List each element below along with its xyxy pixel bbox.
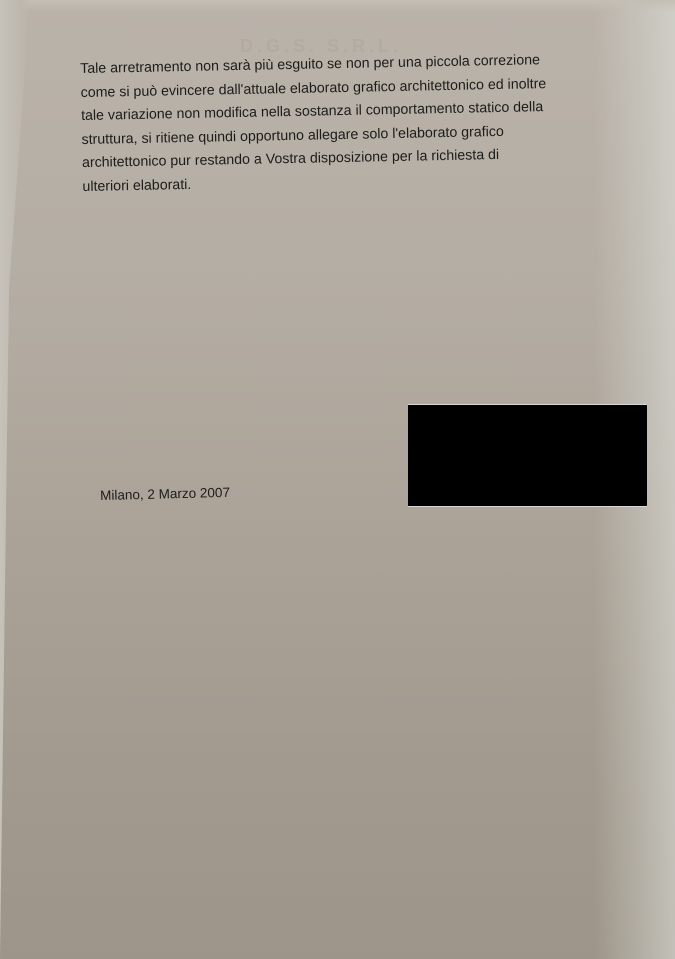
folded-corner — [0, 0, 30, 959]
date-line: Milano, 2 Marzo 2007 — [100, 485, 230, 503]
body-paragraph: Tale arretramento non sarà più esguito s… — [80, 48, 583, 199]
document-page: D.G.S. S.R.L. Tale arretramento non sarà… — [0, 0, 675, 959]
signature-redaction-box — [408, 405, 647, 506]
page-top-edge — [18, 0, 675, 12]
